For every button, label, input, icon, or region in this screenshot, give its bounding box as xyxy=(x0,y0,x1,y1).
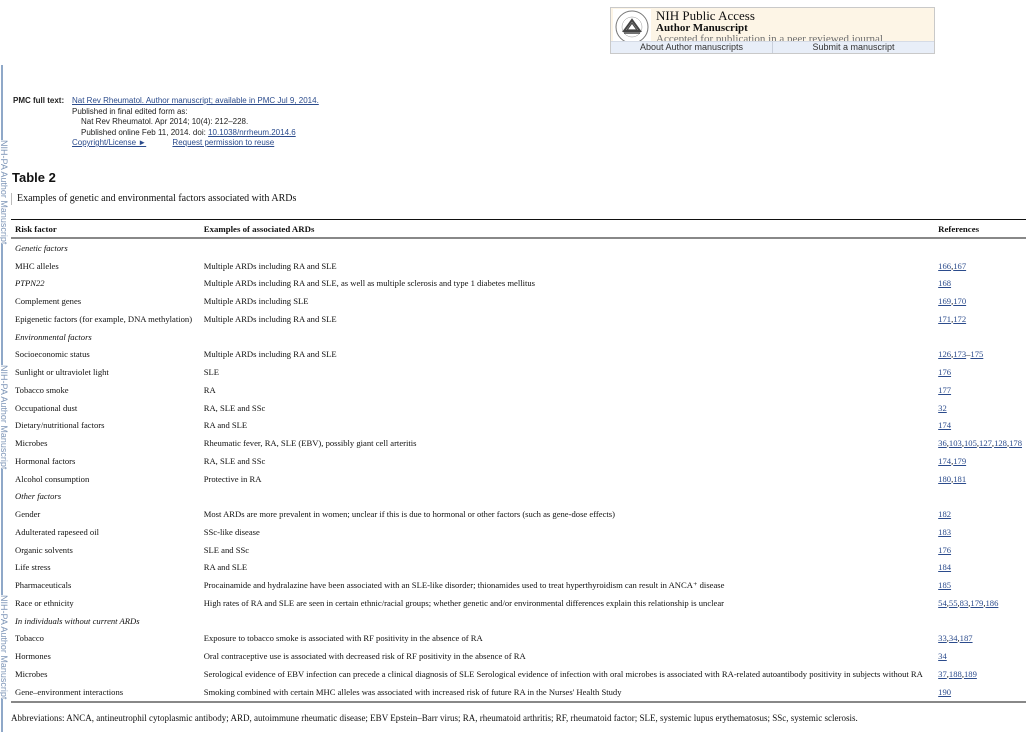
risk-factor-cell: Race or ethnicity xyxy=(11,594,200,612)
references-cell: 37,188,189 xyxy=(934,665,1026,683)
references-cell: 176 xyxy=(934,363,1026,381)
reference-link[interactable]: 180 xyxy=(938,474,951,484)
risk-factor-cell: Hormonal factors xyxy=(11,452,200,470)
associated-ards-cell: Multiple ARDs including SLE xyxy=(200,292,934,310)
table-row: MicrobesSerological evidence of EBV infe… xyxy=(11,665,1026,683)
risk-factor-cell: Organic solvents xyxy=(11,541,200,559)
risk-factor-cell: Occupational dust xyxy=(11,399,200,417)
associated-ards-cell: Serological evidence of EBV infection ca… xyxy=(200,665,934,683)
references-cell: 174 xyxy=(934,417,1026,435)
table-row: Complement genesMultiple ARDs including … xyxy=(11,292,1026,310)
references-cell: 180,181 xyxy=(934,470,1026,488)
table-row: GenderMost ARDs are more prevalent in wo… xyxy=(11,505,1026,523)
associated-ards-cell: Most ARDs are more prevalent in women; u… xyxy=(200,505,934,523)
risk-factor-cell: Socioeconomic status xyxy=(11,346,200,364)
references-cell: 183 xyxy=(934,523,1026,541)
risk-factor-cell: Pharmaceuticals xyxy=(11,576,200,594)
references-cell: 182 xyxy=(934,505,1026,523)
table-row: HormonesOral contraceptive use is associ… xyxy=(11,647,1026,665)
table-row: MicrobesRheumatic fever, RA, SLE (EBV), … xyxy=(11,434,1026,452)
about-author-manuscripts-link[interactable]: About Author manuscripts xyxy=(611,42,772,53)
associated-ards-cell: Multiple ARDs including RA and SLE xyxy=(200,310,934,328)
reference-link[interactable]: 187 xyxy=(960,633,973,643)
reference-link[interactable]: 127 xyxy=(979,438,992,448)
reference-link[interactable]: 182 xyxy=(938,509,951,519)
nih-seal-icon xyxy=(613,9,651,45)
table-row: Life stressRA and SLE184 xyxy=(11,559,1026,577)
table-row: Socioeconomic statusMultiple ARDs includ… xyxy=(11,346,1026,364)
associated-ards-cell: SLE xyxy=(200,363,934,381)
risk-factor-cell: Gene–environment interactions xyxy=(11,683,200,702)
reference-link[interactable]: 174 xyxy=(938,456,951,466)
reference-link[interactable]: 188 xyxy=(949,669,962,679)
published-online: Published online Feb 11, 2014. doi: 10.1… xyxy=(13,128,319,139)
references-cell: 34 xyxy=(934,647,1026,665)
request-permission-link[interactable]: Request permission to reuse xyxy=(172,138,274,147)
associated-ards-cell: RA, SLE and SSc xyxy=(200,399,934,417)
reference-link[interactable]: 36 xyxy=(938,438,947,448)
doi-link[interactable]: 10.1038/nrrheum.2014.6 xyxy=(208,128,296,137)
reference-link[interactable]: 173 xyxy=(953,349,966,359)
column-header-references: References xyxy=(934,220,1026,239)
table-caption: Examples of genetic and environmental fa… xyxy=(11,193,296,205)
table-row: Epigenetic factors (for example, DNA met… xyxy=(11,310,1026,328)
associated-ards-cell: Procainamide and hydralazine have been a… xyxy=(200,576,934,594)
section-heading: Other factors xyxy=(11,488,1026,506)
submit-manuscript-link[interactable]: Submit a manuscript xyxy=(772,42,934,53)
nih-public-access-banner: NIH Public Access Author Manuscript Acce… xyxy=(610,7,935,54)
reference-link[interactable]: 170 xyxy=(953,296,966,306)
risk-factor-cell: Life stress xyxy=(11,559,200,577)
table-row: Race or ethnicityHigh rates of RA and SL… xyxy=(11,594,1026,612)
reference-link[interactable]: 179 xyxy=(953,456,966,466)
table-row: Tobacco smokeRA177 xyxy=(11,381,1026,399)
references-cell: 168 xyxy=(934,275,1026,293)
associated-ards-cell: SLE and SSc xyxy=(200,541,934,559)
published-label: Published in final edited form as: xyxy=(13,107,319,118)
table-row: PharmaceuticalsProcainamide and hydralaz… xyxy=(11,576,1026,594)
reference-link[interactable]: 181 xyxy=(953,474,966,484)
associated-ards-cell: Rheumatic fever, RA, SLE (EBV), possibly… xyxy=(200,434,934,452)
risk-factor-cell: Dietary/nutritional factors xyxy=(11,417,200,435)
table-row: Alcohol consumptionProtective in RA180,1… xyxy=(11,470,1026,488)
table-section-row: Genetic factors xyxy=(11,238,1026,257)
table-section-row: In individuals without current ARDs xyxy=(11,612,1026,630)
abbreviations-footnote: Abbreviations: ANCA, antineutrophil cyto… xyxy=(11,713,858,723)
reference-link[interactable]: 184 xyxy=(938,562,951,572)
risk-factor-cell: Tobacco smoke xyxy=(11,381,200,399)
reference-link[interactable]: 32 xyxy=(938,403,947,413)
references-cell: 33,34,187 xyxy=(934,630,1026,648)
references-cell: 177 xyxy=(934,381,1026,399)
risk-factor-cell: Complement genes xyxy=(11,292,200,310)
risk-factor-cell: Microbes xyxy=(11,665,200,683)
journal-citation: Nat Rev Rheumatol. Apr 2014; 10(4): 212–… xyxy=(13,117,319,128)
associated-ards-cell: Multiple ARDs including RA and SLE xyxy=(200,346,934,364)
table-row: PTPN22Multiple ARDs including RA and SLE… xyxy=(11,275,1026,293)
reference-link[interactable]: 174 xyxy=(938,420,951,430)
reference-link[interactable]: 171 xyxy=(938,314,951,324)
published-online-text: Published online Feb 11, 2014. doi: xyxy=(81,128,206,137)
copyright-license-link[interactable]: Copyright/License ► xyxy=(72,138,146,147)
reference-link[interactable]: 190 xyxy=(938,687,951,697)
reference-link[interactable]: 177 xyxy=(938,385,951,395)
pmc-citation: PMC full text:Nat Rev Rheumatol. Author … xyxy=(13,96,319,149)
risk-factor-cell: Hormones xyxy=(11,647,200,665)
reference-link[interactable]: 168 xyxy=(938,278,951,288)
reference-link[interactable]: 178 xyxy=(1009,438,1022,448)
risk-factor-cell: Alcohol consumption xyxy=(11,470,200,488)
reference-link[interactable]: 128 xyxy=(994,438,1007,448)
associated-ards-cell: Multiple ARDs including RA and SLE, as w… xyxy=(200,275,934,293)
reference-link[interactable]: 166 xyxy=(938,261,951,271)
reference-link[interactable]: 37 xyxy=(938,669,947,679)
reference-link[interactable]: 83 xyxy=(960,598,969,608)
manuscript-watermark-bar: NIH-PA Author Manuscript NIH-PA Author M… xyxy=(0,65,7,732)
references-cell: 176 xyxy=(934,541,1026,559)
reference-link[interactable]: 179 xyxy=(970,598,983,608)
references-cell: 126,173–175 xyxy=(934,346,1026,364)
manuscript-link[interactable]: Nat Rev Rheumatol. Author manuscript; av… xyxy=(72,96,319,105)
table-section-row: Environmental factors xyxy=(11,328,1026,346)
reference-link[interactable]: 126 xyxy=(938,349,951,359)
reference-link[interactable]: 34 xyxy=(949,633,958,643)
risk-factor-cell: MHC alleles xyxy=(11,257,200,275)
table-row: Occupational dustRA, SLE and SSc32 xyxy=(11,399,1026,417)
table-row: Dietary/nutritional factorsRA and SLE174 xyxy=(11,417,1026,435)
associated-ards-cell: RA and SLE xyxy=(200,417,934,435)
reference-link[interactable]: 169 xyxy=(938,296,951,306)
risk-factor-cell: Microbes xyxy=(11,434,200,452)
risk-factors-table: Risk factor Examples of associated ARDs … xyxy=(11,219,1026,703)
associated-ards-cell: RA xyxy=(200,381,934,399)
section-heading: In individuals without current ARDs xyxy=(11,612,1026,630)
associated-ards-cell: RA, SLE and SSc xyxy=(200,452,934,470)
reference-link[interactable]: 34 xyxy=(938,651,947,661)
associated-ards-cell: Oral contraceptive use is associated wit… xyxy=(200,647,934,665)
references-cell: 171,172 xyxy=(934,310,1026,328)
reference-link[interactable]: 55 xyxy=(949,598,958,608)
risk-factor-cell: Adulterated rapeseed oil xyxy=(11,523,200,541)
associated-ards-cell: Exposure to tobacco smoke is associated … xyxy=(200,630,934,648)
reference-link[interactable]: 175 xyxy=(970,349,983,359)
reference-link[interactable]: 176 xyxy=(938,545,951,555)
banner-links: About Author manuscripts Submit a manusc… xyxy=(611,41,934,53)
table-row: Adulterated rapeseed oilSSc-like disease… xyxy=(11,523,1026,541)
table-row: MHC allelesMultiple ARDs including RA an… xyxy=(11,257,1026,275)
references-cell: 166,167 xyxy=(934,257,1026,275)
table-row: Organic solventsSLE and SSc176 xyxy=(11,541,1026,559)
risk-factor-cell: PTPN22 xyxy=(11,275,200,293)
reference-link[interactable]: 172 xyxy=(953,314,966,324)
column-header-ards: Examples of associated ARDs xyxy=(200,220,934,239)
associated-ards-cell: Smoking combined with certain MHC allele… xyxy=(200,683,934,702)
associated-ards-cell: Protective in RA xyxy=(200,470,934,488)
section-heading: Genetic factors xyxy=(11,238,1026,257)
reference-link[interactable]: 33 xyxy=(938,633,947,643)
references-cell: 169,170 xyxy=(934,292,1026,310)
reference-link[interactable]: 54 xyxy=(938,598,947,608)
reference-link[interactable]: 183 xyxy=(938,527,951,537)
section-heading: Environmental factors xyxy=(11,328,1026,346)
table-row: Hormonal factorsRA, SLE and SSc174,179 xyxy=(11,452,1026,470)
reference-link[interactable]: 103 xyxy=(949,438,962,448)
pmc-label: PMC full text: xyxy=(13,96,72,107)
references-cell: 184 xyxy=(934,559,1026,577)
risk-factor-cell: Epigenetic factors (for example, DNA met… xyxy=(11,310,200,328)
references-cell: 36,103,105,127,128,178 xyxy=(934,434,1026,452)
associated-ards-cell: SSc-like disease xyxy=(200,523,934,541)
references-cell: 185 xyxy=(934,576,1026,594)
associated-ards-cell: RA and SLE xyxy=(200,559,934,577)
column-header-risk-factor: Risk factor xyxy=(11,220,200,239)
watermark-text: NIH-PA Author Manuscript xyxy=(0,365,8,469)
watermark-text: NIH-PA Author Manuscript xyxy=(0,140,8,244)
table-row: TobaccoExposure to tobacco smoke is asso… xyxy=(11,630,1026,648)
risk-factor-cell: Gender xyxy=(11,505,200,523)
associated-ards-cell: Multiple ARDs including RA and SLE xyxy=(200,257,934,275)
references-cell: 54,55,83,179,186 xyxy=(934,594,1026,612)
reference-link[interactable]: 185 xyxy=(938,580,951,590)
reference-link[interactable]: 176 xyxy=(938,367,951,377)
reference-link[interactable]: 167 xyxy=(953,261,966,271)
references-cell: 190 xyxy=(934,683,1026,702)
reference-link[interactable]: 186 xyxy=(985,598,998,608)
references-cell: 174,179 xyxy=(934,452,1026,470)
references-cell: 32 xyxy=(934,399,1026,417)
associated-ards-cell: High rates of RA and SLE are seen in cer… xyxy=(200,594,934,612)
reference-link[interactable]: 189 xyxy=(964,669,977,679)
table-row: Gene–environment interactionsSmoking com… xyxy=(11,683,1026,702)
risk-factor-cell: Tobacco xyxy=(11,630,200,648)
reference-link[interactable]: 105 xyxy=(964,438,977,448)
table-title: Table 2 xyxy=(12,170,56,185)
table-row: Sunlight or ultraviolet lightSLE176 xyxy=(11,363,1026,381)
risk-factor-cell: Sunlight or ultraviolet light xyxy=(11,363,200,381)
table-section-row: Other factors xyxy=(11,488,1026,506)
watermark-text: NIH-PA Author Manuscript xyxy=(0,595,8,699)
